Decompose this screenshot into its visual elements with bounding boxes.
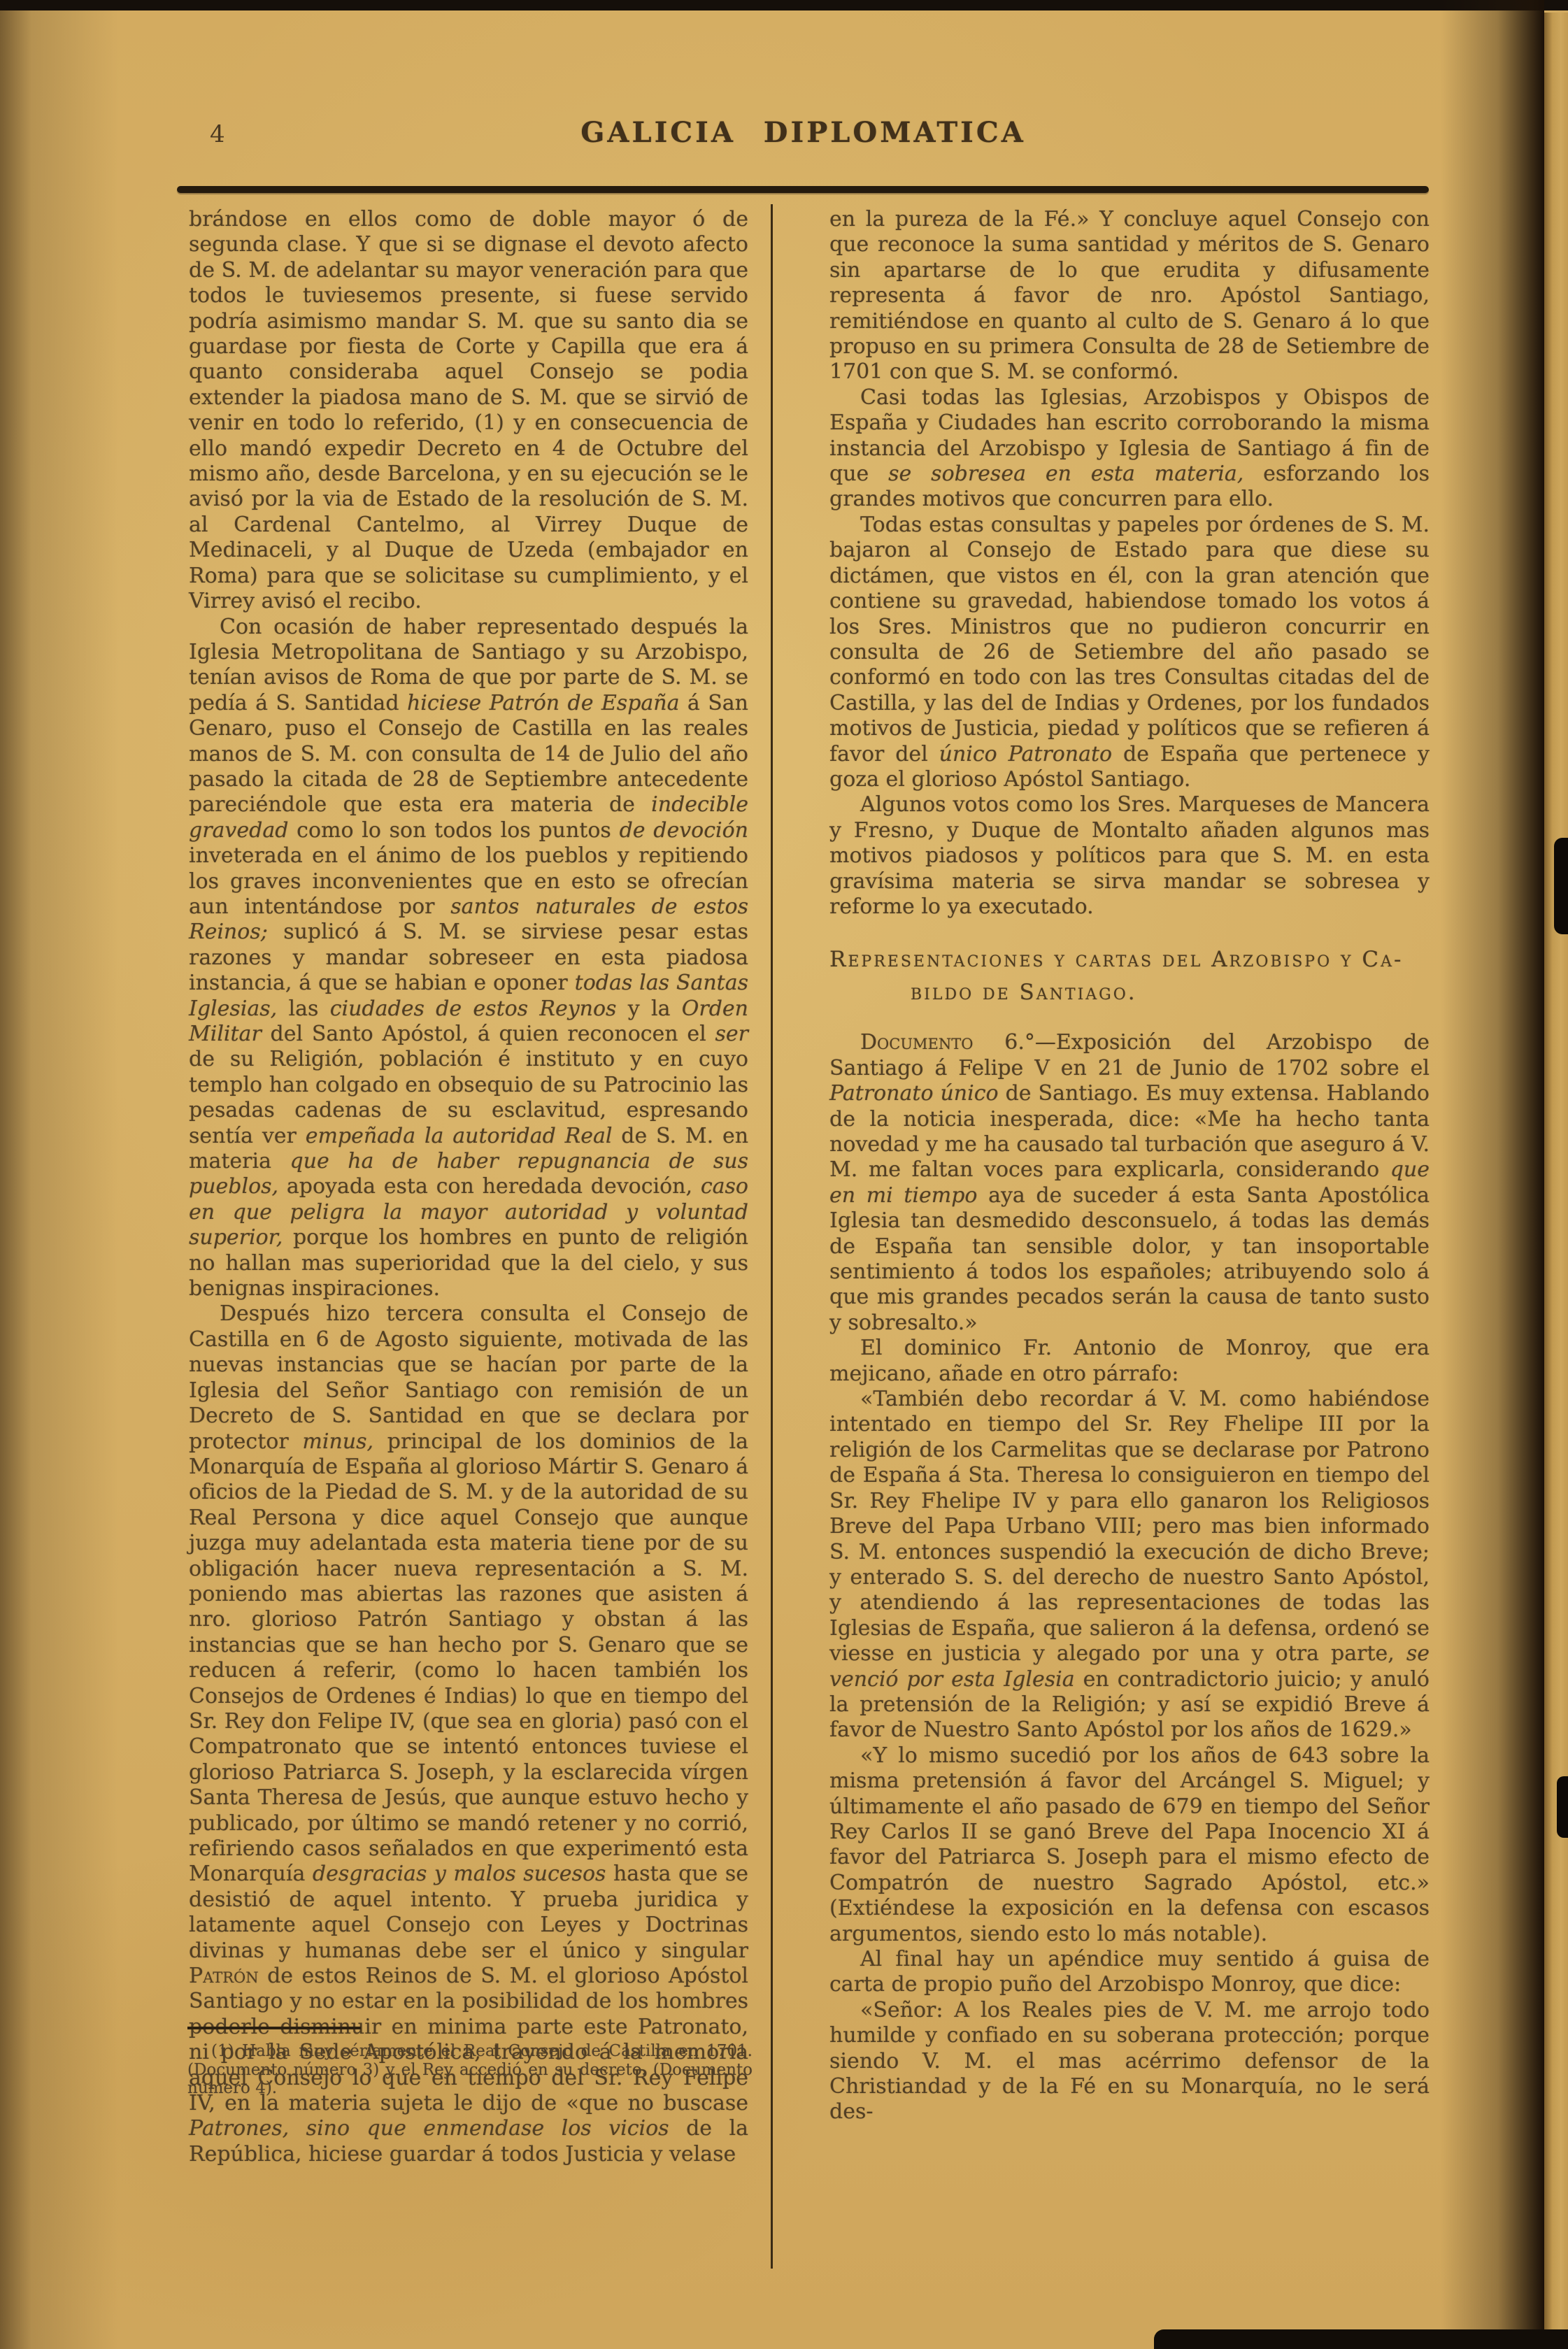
- adjacent-page-edge: [1544, 13, 1568, 2349]
- paragraph: Al final hay un apéndice muy sentido á g…: [829, 1947, 1430, 1998]
- book-gutter-shadow: [1441, 0, 1544, 2349]
- scan-top-edge: [0, 0, 1568, 10]
- footnote: (1) Habla muy sériamente el Real Consejo…: [187, 2042, 753, 2098]
- paragraph: Documento 6.°—Exposición del Arzobispo d…: [829, 1030, 1430, 1336]
- paragraph: Con ocasión de haber representado despué…: [189, 615, 748, 1302]
- journal-title: GALICIA DIPLOMATICA: [580, 116, 1025, 149]
- footnote-rule: [187, 2027, 361, 2029]
- section-heading-line: bildo de Santiago.: [829, 976, 1430, 1009]
- page-curvature-shadow: [0, 0, 119, 2349]
- header-rule: [177, 186, 1429, 193]
- section-heading-line: Representaciones y cartas del Arzobispo …: [829, 943, 1430, 976]
- paragraph: brándose en ellos como de doble mayor ó …: [189, 207, 748, 615]
- paragraph: en la pureza de la Fé.» Y concluye aquel…: [829, 207, 1430, 385]
- paragraph: Después hizo tercera consulta el Consejo…: [189, 1301, 748, 2167]
- paragraph: Algunos votos como los Sres. Marqueses d…: [829, 792, 1430, 920]
- paragraph: «También debo recordar á V. M. como habi…: [829, 1387, 1430, 1743]
- column-divider: [771, 204, 773, 2269]
- scan-bottom-edge: [1154, 2329, 1568, 2349]
- section-heading: Representaciones y cartas del Arzobispo …: [829, 943, 1430, 1009]
- header: GALICIA DIPLOMATICA: [178, 116, 1428, 149]
- ink-blot-right-edge: [1557, 1776, 1568, 1838]
- ink-blot-right-edge: [1554, 838, 1568, 934]
- paragraph: «Y lo mismo sucedió por los años de 643 …: [829, 1743, 1430, 1947]
- right-column: en la pureza de la Fé.» Y concluye aquel…: [829, 207, 1430, 2125]
- paragraph: Casi todas las Iglesias, Arzobispos y Ob…: [829, 385, 1430, 513]
- paragraph: El dominico Fr. Antonio de Monroy, que e…: [829, 1336, 1430, 1387]
- left-column: brándose en ellos como de doble mayor ó …: [189, 207, 748, 2167]
- paragraph: «Señor: A los Reales pies de V. M. me ar…: [829, 1998, 1430, 2125]
- paragraph: Todas estas consultas y papeles por órde…: [829, 513, 1430, 792]
